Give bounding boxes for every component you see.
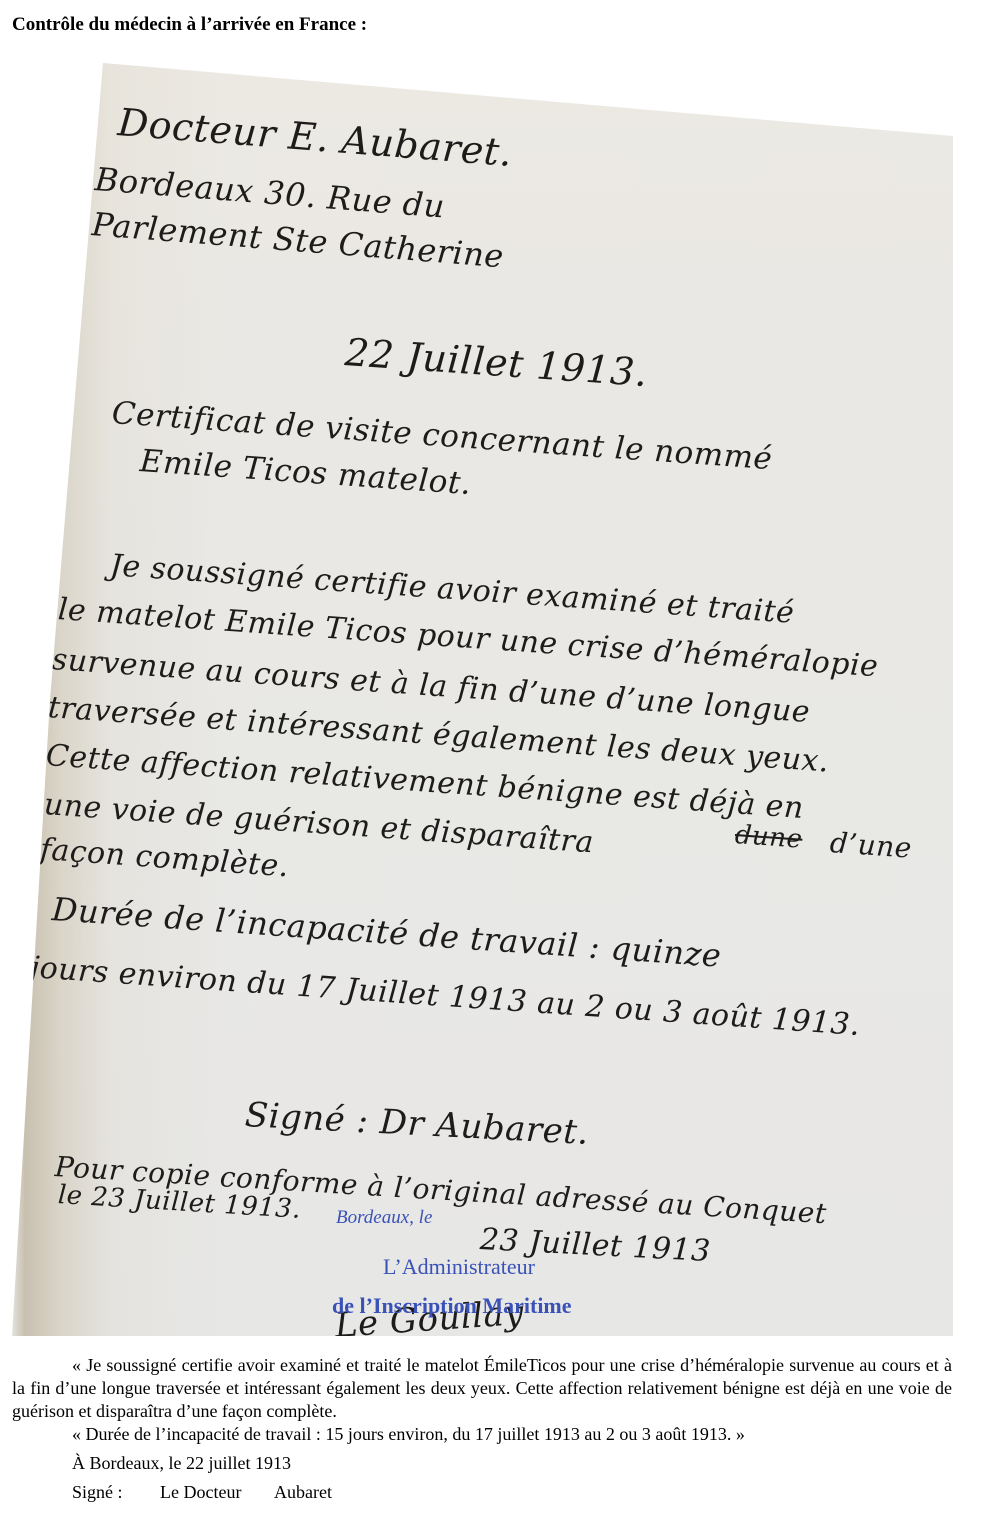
certificate-photo: Docteur E. Aubaret.Bordeaux 30. Rue duPa… bbox=[0, 0, 1000, 1340]
handwritten-line: façon complète. bbox=[39, 832, 290, 884]
signed-role: Le Docteur bbox=[160, 1481, 274, 1504]
stamp-line-inscription: de l’Inscription Maritime bbox=[332, 1293, 572, 1319]
stamp-line-administrator: L’Administrateur bbox=[383, 1254, 535, 1280]
handwritten-line: 22 Juillet 1913. bbox=[343, 330, 649, 395]
place-date: À Bordeaux, le 22 juillet 1913 bbox=[12, 1452, 952, 1475]
transcript: « Je soussigné certifie avoir examiné et… bbox=[12, 1354, 952, 1504]
struck-tail: d’une bbox=[829, 826, 913, 865]
transcript-paragraph-2: « Durée de l’incapacité de travail : 15 … bbox=[12, 1423, 952, 1446]
struck-word: dune bbox=[734, 820, 803, 855]
handwritten-line: Docteur E. Aubaret. bbox=[116, 100, 514, 175]
signature-line: Signé :Le DocteurAubaret bbox=[12, 1481, 952, 1504]
stamp-line-place: Bordeaux, le bbox=[336, 1207, 432, 1229]
handwritten-line: jours environ du 17 Juillet 1913 au 2 ou… bbox=[29, 950, 862, 1043]
certificate-paper: Docteur E. Aubaret.Bordeaux 30. Rue duPa… bbox=[0, 0, 1000, 1340]
signed-label: Signé : bbox=[72, 1481, 160, 1504]
transcript-paragraph-1: « Je soussigné certifie avoir examiné et… bbox=[12, 1354, 952, 1423]
handwritten-line: Signé : Dr Aubaret. bbox=[244, 1095, 590, 1153]
signed-name: Aubaret bbox=[274, 1481, 332, 1504]
